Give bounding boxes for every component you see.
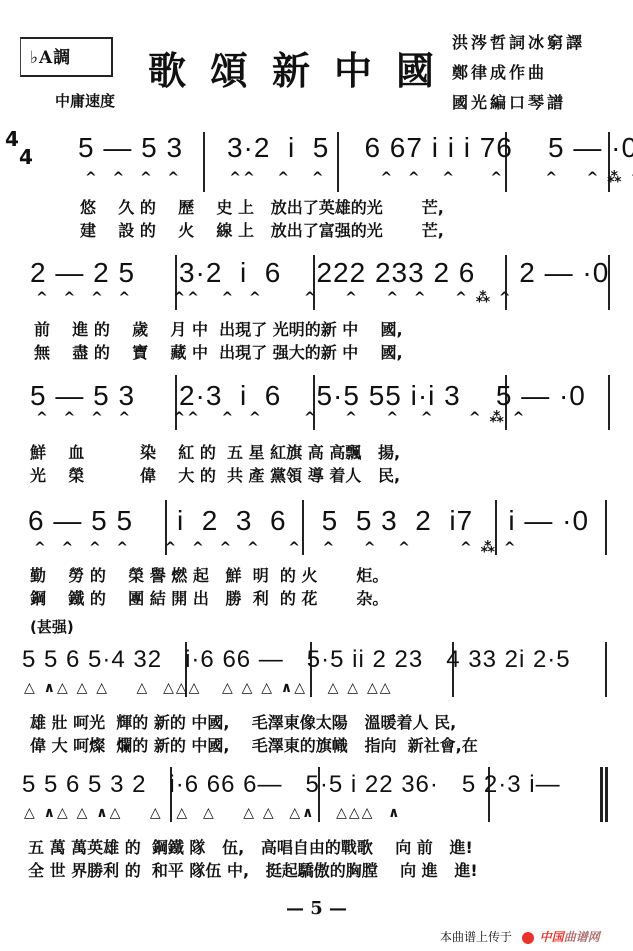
- score-row-3: 5 — 5 3 2·3 i 6 5·5 55 i·i 3 5 — ·0 ^ ^ …: [0, 365, 633, 485]
- watermark: 本曲谱上传于 中国曲谱网: [440, 928, 600, 945]
- score-row-1: 4 4 5 — 5 3 3·2 i 5 6 67 i i i 76 5 — ·0…: [0, 120, 633, 245]
- lyrics-verse-2: 建 設 的 火 線 上 放出了富强的光 芒,: [80, 218, 444, 241]
- page-number: — 5 —: [0, 898, 633, 919]
- breath-marks: △ ∧△ △ △ △ △△△ △ △ △ ∧△ △ △ △△: [24, 680, 392, 696]
- lyrics-verse-2: 無 盡 的 寶 藏 中 出現了 强大的新 中 國,: [34, 340, 403, 363]
- breath-marks: ^ ^ ^ ^ ^^ ^ ^ ^ ^ ^ ^ ^ ⁂ ^: [36, 290, 513, 306]
- bar-line: [605, 642, 607, 697]
- notation-line: 5 5 6 5·4 32 i·6 66 — 5·5 ii 2 23 4 33 2…: [22, 646, 571, 674]
- key-signature: ♭A調: [30, 43, 71, 68]
- bar-line: [605, 500, 607, 555]
- score-row-6: 5 5 6 5 3 2 i·6 66 6— 5·5 i 22 36· 5 2·3…: [0, 755, 633, 885]
- site-logo-icon: [522, 932, 534, 944]
- lyrics-verse-2: 光 榮 偉 大 的 共 產 黨領 導 着人 民,: [30, 463, 400, 486]
- lyrics-verse-1: 悠 久 的 歷 史 上 放出了英雄的光 芒,: [80, 195, 444, 218]
- bar-line: [608, 375, 610, 430]
- brand-name-a[interactable]: 中国: [540, 930, 564, 944]
- upload-text: 本曲谱上传于: [440, 930, 512, 944]
- notation-line: 2 — 2 5 3·2 i 6 222 233 2 6 2 — ·0: [30, 257, 609, 289]
- score-row-2: 2 — 2 5 3·2 i 6 222 233 2 6 2 — ·0 ^ ^ ^…: [0, 245, 633, 365]
- lyrics-verse-2: 偉 大 呵燦 爛的 新的 中國, 毛澤東的旗幟 指向 新社會,在: [30, 733, 478, 756]
- score-row-4: 6 — 5 5 i 2 3 6 5 5 3 2 i7 i — ·0 ^ ^ ^ …: [0, 485, 633, 610]
- lyrics-verse-1: 五 萬 萬英雄 的 鋼鐵 隊 伍, 高唱自由的戰歌 向 前 進!: [28, 835, 473, 858]
- lyrics-verse-1: 鮮 血 染 紅 的 五 星 紅旗 高 高飄 揚,: [30, 440, 400, 463]
- notation-line: 5 5 6 5 3 2 i·6 66 6— 5·5 i 22 36· 5 2·3…: [22, 771, 561, 799]
- notation-line: 5 — 5 3 2·3 i 6 5·5 55 i·i 3 5 — ·0: [30, 380, 586, 412]
- notation-line: 6 — 5 5 i 2 3 6 5 5 3 2 i7 i — ·0: [28, 505, 589, 537]
- brand-name-b[interactable]: 曲谱网: [564, 930, 600, 944]
- dynamic-marking: (甚强): [30, 616, 74, 637]
- tempo-marking: 中庸速度: [55, 90, 115, 111]
- breath-marks: ^ ^ ^ ^ ^ ^ ^ ^ ^ ^ ^ ^ ^ ⁂ ^: [34, 540, 518, 556]
- score-row-5: (甚强) 5 5 6 5·4 32 i·6 66 — 5·5 ii 2 23 4…: [0, 610, 633, 755]
- breath-marks: ^ ^ ^ ^ ^^ ^ ^ ^ ^ ^ ^ ^ ⁂ ^: [36, 410, 526, 426]
- lyrics-verse-2: 鋼 鐵 的 團 結 開 出 勝 利 的 花 杂。: [30, 586, 388, 609]
- breath-marks: ^ ^ ^ ^ ^^ ^ ^ ^ ^ ^ ^ ^ ^ ⁂ ^: [85, 170, 633, 186]
- notation-line: 5 — 5 3 3·2 i 5 6 67 i i i 76 5 — ·0: [78, 132, 633, 164]
- composer-credit: 鄭律成作曲: [452, 60, 547, 83]
- lyrics-verse-2: 全 世 界勝利 的 和平 隊伍 中, 挺起驕傲的胸膛 向 進 進!: [28, 858, 478, 881]
- final-bar-line: [605, 767, 608, 822]
- time-signature: 4 4: [5, 130, 33, 166]
- lyrics-verse-1: 前 進 的 歲 月 中 出現了 光明的新 中 國,: [34, 317, 403, 340]
- lyricist-credit: 洪涔哲詞冰窮譯: [452, 30, 585, 53]
- breath-marks: △ ∧△ △ ∧△ △ △ △ △ △ △∧ △△△ ∧: [24, 805, 402, 821]
- time-signature-bottom: 4: [19, 148, 33, 166]
- arranger-credit: 國光編口琴譜: [452, 90, 566, 113]
- lyrics-verse-1: 勤 勞 的 榮 譽 燃 起 鮮 明 的 火 炬。: [30, 563, 388, 586]
- song-title: 歌頌新中國: [148, 40, 458, 95]
- final-bar-line: [600, 767, 603, 822]
- lyrics-verse-1: 雄 壯 呵光 輝的 新的 中國, 毛澤東像太陽 溫暖着人 民,: [30, 710, 456, 733]
